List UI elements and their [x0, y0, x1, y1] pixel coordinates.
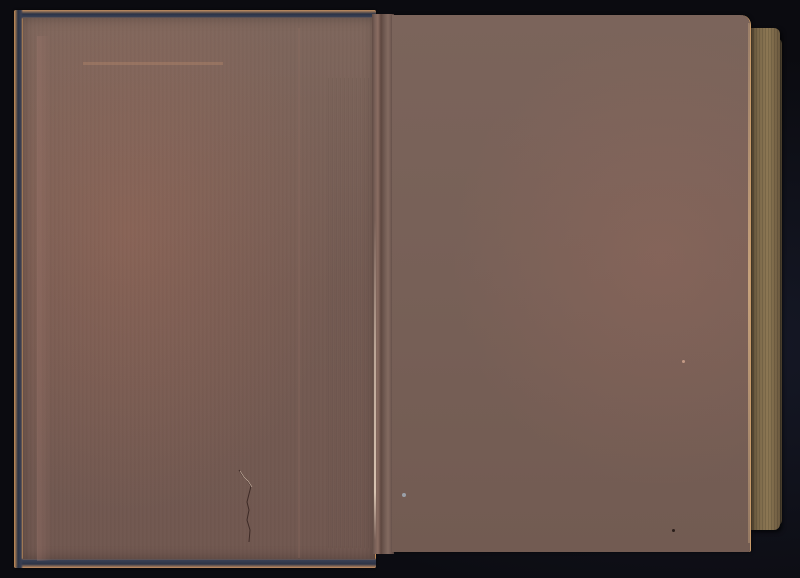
free-endpaper	[392, 15, 750, 552]
page-fore-edge	[750, 28, 780, 530]
endpaper-edge	[748, 23, 750, 543]
book-photo	[0, 0, 800, 578]
pastedown-endpaper	[23, 18, 375, 559]
hinge-tear-highlight	[374, 220, 376, 540]
paper-crack	[237, 468, 257, 548]
paper-speck	[682, 360, 685, 363]
paper-speck	[672, 529, 675, 532]
pastedown-edge-shadow	[37, 36, 51, 561]
pastedown-worn-line	[83, 62, 223, 65]
front-cover-board	[14, 10, 376, 568]
pastedown-crease	[298, 28, 300, 558]
paper-speck	[402, 493, 406, 497]
